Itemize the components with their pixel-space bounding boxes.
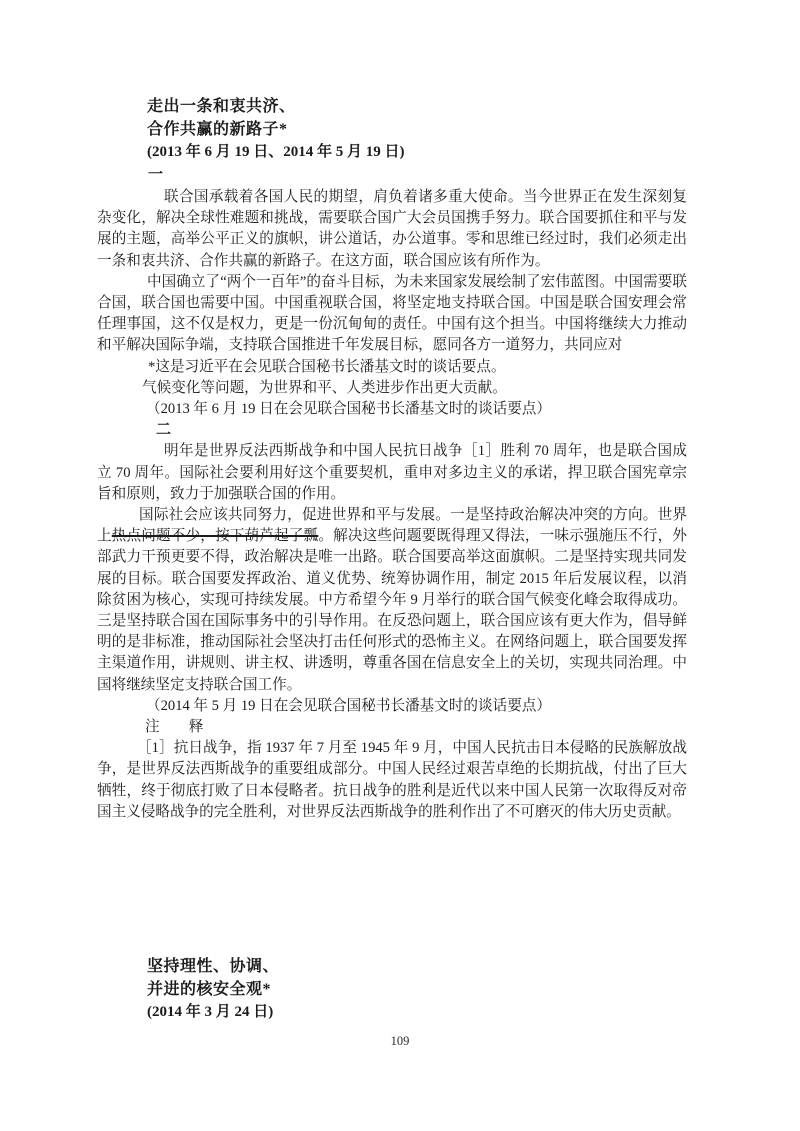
strikethrough-text: 热点问题不少，按下葫芦起了瓢 [112, 528, 319, 544]
next-article-title-line-2: 并进的核安全观* [147, 979, 279, 1002]
section-two-paragraph-1: 明年是世界反法西斯战争和中国人民抗日战争［1］胜利 70 周年，也是联合国成立 … [97, 441, 687, 505]
section-one-marker: 一 [148, 164, 687, 187]
section-one-attribution: （2013 年 6 月 19 日在会见联合国秘书长潘基文时的谈话要点） [97, 399, 687, 420]
section-one-paragraph-2-continuation: 气候变化等问题，为世界和平、人类进步作出更大贡献。 [97, 378, 687, 399]
section-two-paragraph-2: 国际社会应该共同努力，促进世界和平与发展。一是坚持政治解决冲突的方向。世界上热点… [97, 505, 687, 696]
section-two-attribution: （2014 年 5 月 19 日在会见联合国秘书长潘基文时的谈话要点） [97, 696, 687, 717]
section-two-marker: 二 [156, 420, 687, 441]
document-page: 走出一条和衷共济、 合作共赢的新路子* (2013 年 6 月 19 日、201… [97, 95, 687, 823]
page-number: 109 [0, 1034, 800, 1049]
article-date: (2013 年 6 月 19 日、2014 年 5 月 19 日) [147, 141, 687, 164]
paragraph-text: 。解决这些问题要既得理又得法，一味示强施压不行，外部武力干预更要不得，政治解决是… [97, 528, 687, 692]
notes-label: 注 释 [145, 717, 687, 738]
article-title-line-2: 合作共赢的新路子* [147, 118, 687, 141]
article-title-line-1: 走出一条和衷共济、 [147, 95, 687, 118]
article-header: 走出一条和衷共济、 合作共赢的新路子* (2013 年 6 月 19 日、201… [147, 95, 687, 164]
section-one-paragraph-1: 联合国承载着各国人民的期望，肩负着诸多重大使命。当今世界正在发生深刻复杂变化，解… [97, 187, 687, 272]
star-footnote: *这是习近平在会见联合国秘书长潘基文时的谈话要点。 [97, 357, 687, 378]
next-article-header: 坚持理性、协调、 并进的核安全观* (2014 年 3 月 24 日) [147, 956, 279, 1024]
next-article-date: (2014 年 3 月 24 日) [147, 1001, 279, 1024]
next-article-title-line-1: 坚持理性、协调、 [147, 956, 279, 979]
note-paragraph-1: ［1］抗日战争，指 1937 年 7 月至 1945 年 9 月，中国人民抗击日… [97, 738, 687, 823]
section-one-paragraph-2: 中国确立了“两个一百年”的奋斗目标，为未来国家发展绘制了宏伟蓝图。中国需要联合国… [97, 272, 687, 357]
